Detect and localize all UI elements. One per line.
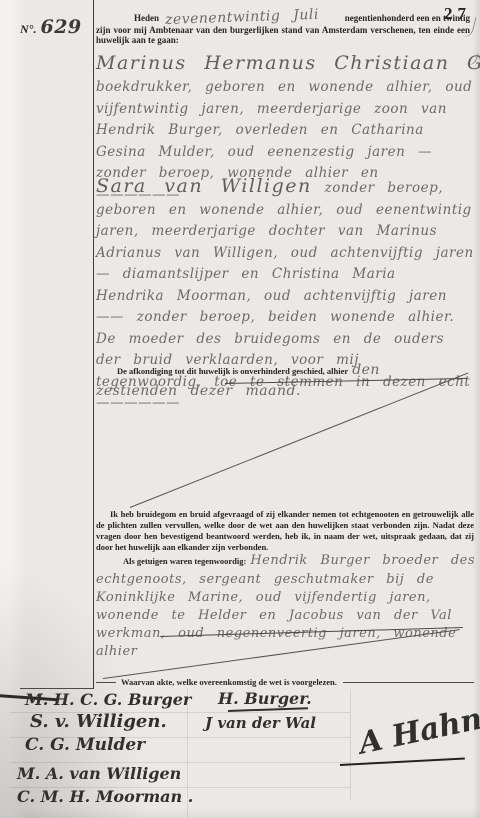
witnesses-handwritten: Hendrik Burger broeder des echtgenoots, …: [96, 553, 475, 659]
signature-registrar: A Hahn: [356, 701, 480, 761]
year-printed: negentienhonderd een en twintig: [345, 13, 470, 23]
closing-right-rule: [343, 682, 474, 683]
witnesses-section: Als getuigen waren tegenwoordig: Hendrik…: [96, 551, 476, 660]
closing-line: Waarvan akte, welke overeenkomstig de we…: [121, 677, 337, 687]
signature-grid-vline-2: [350, 689, 351, 800]
proclamation-section: De afkondiging tot dit huwelijk is onver…: [96, 360, 474, 401]
signature-father-bride: M. A. van Willigen: [17, 764, 181, 783]
intro-body: zijn voor mij Ambtenaar van den burgerli…: [96, 26, 470, 45]
marriage-certificate-scan: N°. 629 27 Heden zevenentwintig Juli neg…: [0, 0, 480, 818]
signature-mother-bride: C. M. H. Moorman .: [17, 787, 193, 806]
signature-witness-wal: J van der Wal: [205, 714, 316, 732]
signature-groom: M. H. C. G. Burger: [25, 690, 191, 709]
act-number-label: N°.: [20, 22, 36, 36]
signature-grid-hline-3: [10, 762, 350, 763]
intro-first-line: Heden zevenentwintig Juli negentienhonde…: [96, 9, 470, 25]
margin-foot-rule: [20, 688, 93, 689]
closing-row: Waarvan akte, welke overeenkomstig de we…: [96, 677, 474, 687]
witnesses-printed-label: Als getuigen waren tegenwoordig:: [123, 556, 246, 566]
act-number: N°. 629: [20, 16, 82, 38]
intro-section: Heden zevenentwintig Juli negentienhonde…: [96, 9, 470, 45]
signature-mother-groom: C. G. Mulder: [25, 735, 145, 755]
bride-name: Sara van Willigen: [96, 175, 312, 197]
groom-name: Marinus Hermanus Christiaan Gerardus Bur…: [96, 52, 474, 74]
signature-witness-burger: H. Burger.: [218, 689, 312, 708]
closing-left-rule: [96, 682, 116, 683]
signature-bride: S. v. Willigen.: [30, 711, 167, 732]
heden-label: Heden: [134, 13, 159, 23]
signature-underline-registrar: [340, 757, 465, 766]
act-number-value: 629: [40, 16, 81, 38]
proclamation-printed: De afkondiging tot dit huwelijk is onver…: [117, 366, 348, 376]
margin-vertical-rule: [93, 0, 94, 689]
vows-paragraph: Ik heb bruidegom en bruid afgevraagd of …: [96, 509, 474, 553]
